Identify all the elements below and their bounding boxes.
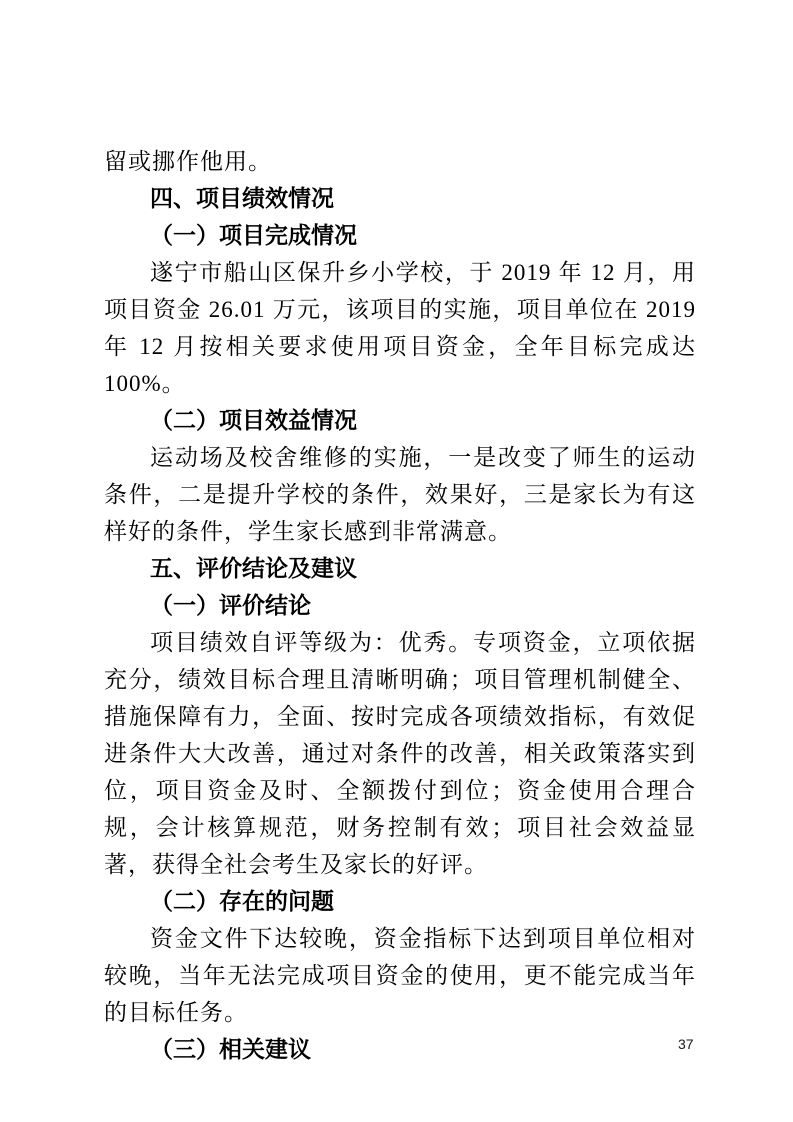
subsection-heading-5-2: （二）存在的问题	[104, 883, 696, 920]
paragraph-continuation: 留或挪作他用。	[104, 143, 696, 180]
paragraph: 项目绩效自评等级为：优秀。专项资金，立项依据充分，绩效目标合理且清晰明确；项目管…	[104, 624, 696, 883]
subsection-heading-4-1: （一）项目完成情况	[104, 217, 696, 254]
section-heading-5: 五、评价结论及建议	[104, 550, 696, 587]
paragraph: 资金文件下达较晚，资金指标下达到项目单位相对较晚，当年无法完成项目资金的使用，更…	[104, 920, 696, 1031]
subsection-heading-5-1: （一）评价结论	[104, 587, 696, 624]
section-heading-4: 四、项目绩效情况	[104, 180, 696, 217]
page-content: 留或挪作他用。 四、项目绩效情况 （一）项目完成情况 遂宁市船山区保升乡小学校，…	[104, 143, 696, 1068]
page-number: 37	[678, 1034, 694, 1054]
subsection-heading-5-3: （三）相关建议	[104, 1031, 696, 1068]
paragraph: 运动场及校舍维修的实施，一是改变了师生的运动条件，二是提升学校的条件，效果好，三…	[104, 439, 696, 550]
document-page: 留或挪作他用。 四、项目绩效情况 （一）项目完成情况 遂宁市船山区保升乡小学校，…	[0, 0, 793, 1122]
paragraph: 遂宁市船山区保升乡小学校，于 2019 年 12 月，用项目资金 26.01 万…	[104, 254, 696, 402]
subsection-heading-4-2: （二）项目效益情况	[104, 402, 696, 439]
